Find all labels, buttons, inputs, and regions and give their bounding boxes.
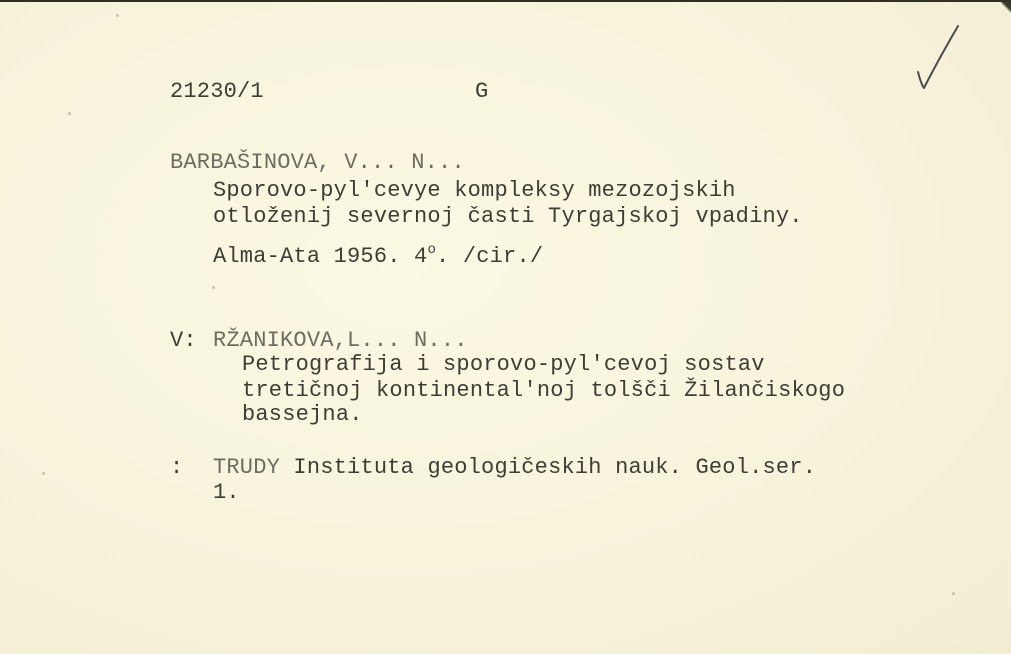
imprint-note: . /cir./ [436,244,543,269]
in-entry-title-line-3: bassejna. [242,404,363,426]
paper-speck [212,286,215,289]
main-title-line-2: otloženij severnoj časti Tyrgajskoj vpad… [213,206,803,228]
paper-speck [68,112,71,115]
paper-speck [116,14,119,17]
collection-code: G [475,81,488,103]
series-abbrev: TRUDY [213,455,280,480]
imprint-place-date-format: Alma-Ata 1956. 4 [213,244,427,269]
series-line-2: 1. [213,482,240,504]
checkmark-icon [912,24,962,90]
card-corner-shadow [1001,2,1011,12]
in-entry-prefix: V: [170,330,197,352]
call-number: 21230/1 [170,81,264,103]
in-entry-title-line-2: tretičnoj kontinental'noj tolšči Žilanči… [242,380,845,402]
main-title-line-1: Sporovo-pyl'cevye kompleksy mezozojskih [213,180,736,202]
main-imprint: Alma-Ata 1956. 4o. /cir./ [213,246,543,270]
series-name: Instituta geologičeskih nauk. Geol.ser. [293,455,816,480]
in-entry-title-line-1: Petrografija i sporovo-pyl'cevoj sostav [242,354,765,376]
imprint-format-superscript: o [427,242,436,258]
paper-speck [952,592,955,595]
series-line-1: TRUDY Instituta geologičeskih nauk. Geol… [213,457,816,479]
paper-speck [42,472,45,475]
in-entry-author: RŽANIKOVA,L... N... [213,330,468,352]
main-author: BARBAŠINOVA, V... N... [170,152,465,174]
series-prefix: : [170,457,183,479]
catalog-card: 21230/1 G BARBAŠINOVA, V... N... Sporovo… [0,0,1011,654]
